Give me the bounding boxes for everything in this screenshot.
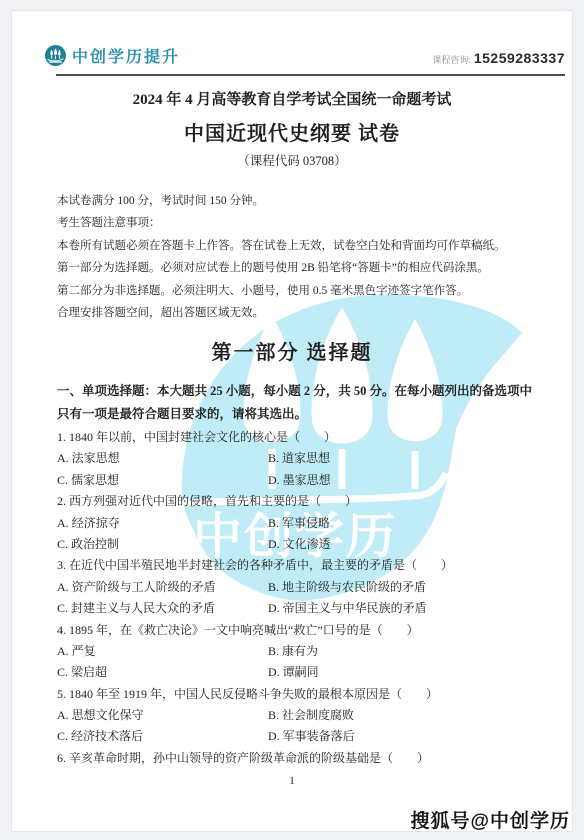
exam-title-line1: 2024 年 4 月高等教育自学考试全国统一命题考试 [0,88,584,109]
option: D. 文化渗透 [268,534,331,555]
question-options-row: C. 经济技术落后 D. 军事装备落后 [57,726,547,747]
notice-line: 第一部分为选择题。必须对应试卷上的题号使用 2B 铅笔将“答题卡”的相应代码涂黑… [57,257,537,279]
option: A. 法家思想 [57,451,120,465]
option: B. 地主阶级与农民阶级的矛盾 [268,577,426,598]
question-stem: 5. 1840 年至 1919 年，中国人民反侵略斗争失败的最根本原因是（ ） [57,684,547,705]
option: D. 墨家思想 [268,470,331,491]
question-options-row: A. 思想文化保守 B. 社会制度腐败 [57,705,547,726]
consult-contact: 课程咨询: 15259283337 [432,50,565,66]
option: B. 军事侵略 [268,513,330,534]
notice-line: 本试卷满分 100 分，考试时间 150 分钟。 [57,190,537,212]
option: A. 经济掠夺 [57,516,120,530]
option: B. 社会制度腐败 [268,705,354,726]
option: A. 资产阶级与工人阶级的矛盾 [57,580,216,594]
option: B. 康有为 [268,641,318,662]
question-options-row: C. 封建主义与人民大众的矛盾 D. 帝国主义与中华民族的矛盾 [57,598,547,619]
course-code: （课程代码 03708） [0,151,584,169]
option: A. 思想文化保守 [57,708,144,722]
question-stem: 4. 1895 年，在《救亡决论》一文中响亮喊出“救亡”口号的是（ ） [57,620,547,641]
option: C. 经济技术落后 [57,729,143,743]
question-stem: 3. 在近代中国半殖民地半封建社会的各种矛盾中，最主要的矛盾是（ ） [57,555,547,576]
exam-title-line2: 中国近现代史纲要 试卷 [0,117,584,146]
notice-line: 考生答题注意事项： [57,212,537,234]
option: A. 严复 [57,644,96,658]
option: C. 政治控制 [57,537,119,551]
question-options-row: C. 政治控制 D. 文化渗透 [57,534,547,555]
notice-line: 合理安排答题空间，超出答题区域无效。 [57,302,537,324]
question-options-row: A. 法家思想 B. 道家思想 [57,448,547,469]
brand-name: 中创学历提升 [72,44,180,67]
exam-notices: 本试卷满分 100 分，考试时间 150 分钟。 考生答题注意事项： 本卷所有试… [57,190,537,324]
header-divider [56,74,565,76]
notice-line: 本卷所有试题必须在答题卡上作答。答在试卷上无效，试卷空白处和背面均可作草稿纸。 [57,235,537,257]
option: C. 梁启超 [57,665,107,679]
sohu-watermark: 搜狐号@中创学历 [410,806,570,833]
option: D. 军事装备落后 [268,726,355,747]
page-number: 1 [0,775,584,787]
question-list: 1. 1840 年以前，中国封建社会文化的核心是（ ） A. 法家思想 B. 道… [57,427,547,769]
option: B. 道家思想 [268,448,330,469]
brand-header: 中创学历提升 [45,44,180,67]
question-options-row: A. 资产阶级与工人阶级的矛盾 B. 地主阶级与农民阶级的矛盾 [57,577,547,598]
question-options-row: C. 儒家思想 D. 墨家思想 [57,470,547,491]
question-stem: 1. 1840 年以前，中国封建社会文化的核心是（ ） [57,427,547,448]
brand-logo-icon [45,45,66,66]
question-options-row: A. 严复 B. 康有为 [57,641,547,662]
question-stem: 6. 辛亥革命时期，孙中山领导的资产阶级革命派的阶级基础是（ ） [57,748,547,769]
option: C. 儒家思想 [57,473,119,487]
question-options-row: A. 经济掠夺 B. 军事侵略 [57,513,547,534]
option: C. 封建主义与人民大众的矛盾 [57,601,215,615]
notice-line: 第二部分为非选择题。必须注明大、小题号，使用 0.5 毫米黑色字迹签字笔作答。 [57,280,537,302]
option: D. 谭嗣同 [268,662,319,683]
section-heading: 第一部分 选择题 [0,336,584,365]
question-stem: 2. 西方列强对近代中国的侵略，首先和主要的是（ ） [57,491,547,512]
section-intro: 一、单项选择题：本大题共 25 小题，每小题 2 分，共 50 分。在每小题列出… [57,380,533,426]
consult-phone-number: 15259283337 [474,50,565,66]
option: D. 帝国主义与中华民族的矛盾 [268,598,427,619]
consult-label: 课程咨询: [432,53,471,66]
question-options-row: C. 梁启超 D. 谭嗣同 [57,662,547,683]
